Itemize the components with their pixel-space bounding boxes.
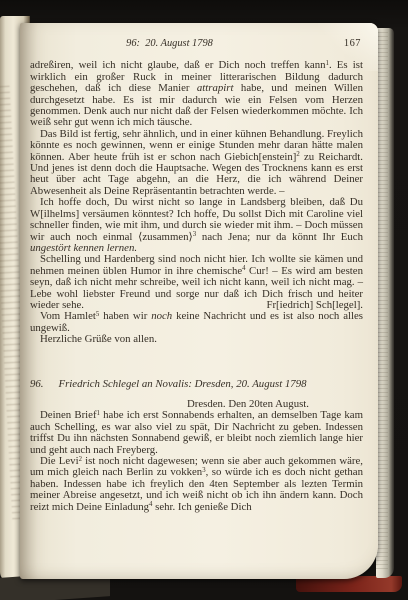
- text-block: 96: 20. August 1798 167 adreßiren, weil …: [30, 38, 363, 513]
- text-run: Vom Hamlet: [40, 310, 96, 322]
- page-number: 167: [344, 38, 361, 49]
- footnote-ref: 4: [149, 501, 152, 508]
- paragraph: Ich hoffe doch, Du wirst nicht so lange …: [30, 197, 363, 254]
- letter-text-top: adreßiren, weil ich nicht glaube, daß er…: [30, 60, 363, 345]
- paragraph: Die Levi2 ist noch nicht dagewesen; wenn…: [30, 456, 363, 513]
- footnote-ref: 1: [326, 60, 329, 67]
- text-run: Deinen Brief: [40, 409, 97, 421]
- footnote-ref: 2: [296, 151, 299, 158]
- letter-96-text: Deinen Brief1 habe ich erst Sonnabends e…: [30, 410, 363, 513]
- paragraph: Deinen Brief1 habe ich erst Sonnabends e…: [30, 410, 363, 456]
- running-header: 96: 20. August 1798 167: [30, 38, 363, 49]
- fore-edge-pages: [376, 28, 394, 578]
- text-run: sehr. Ich genieße Dich: [152, 501, 251, 513]
- letter-heading: 96.Friedrich Schlegel an Novalis: Dresde…: [30, 379, 363, 390]
- text-run: haben wir: [99, 310, 151, 322]
- text-run: adreßiren, weil ich nicht glaube, daß er…: [30, 59, 326, 71]
- text-run: noch: [151, 310, 172, 322]
- paragraph: adreßiren, weil ich nicht glaube, daß er…: [30, 60, 363, 128]
- footnote-ref: 1: [97, 410, 100, 417]
- footnote-ref: 3: [202, 467, 205, 474]
- photo-background: 96: 20. August 1798 167 adreßiren, weil …: [0, 0, 408, 600]
- text-run: nach Jena; nur da könnt Ihr Euch: [196, 231, 363, 243]
- paragraph: Herzliche Grüße von allen.: [30, 334, 363, 345]
- paragraph: Das Bild ist fertig, sehr ähnlich, und i…: [30, 129, 363, 197]
- text-run: Die Levi: [40, 455, 79, 467]
- book-page: 96: 20. August 1798 167 adreßiren, weil …: [20, 23, 378, 579]
- footnote-ref: 2: [79, 456, 82, 463]
- letter-title: Friedrich Schlegel an Novalis: Dresden, …: [59, 378, 307, 390]
- letter-number: 96.: [30, 378, 44, 390]
- text-run: Herzliche Grüße von allen.: [40, 333, 157, 345]
- footnote-ref: 5: [96, 311, 99, 318]
- footnote-ref: 4: [242, 265, 245, 272]
- footnote-ref: 3: [193, 231, 196, 238]
- running-header-title: 96: 20. August 1798: [126, 38, 213, 49]
- text-run: ungestört kennen lernen.: [30, 242, 137, 254]
- paragraph: Schelling und Hardenberg sind noch nicht…: [30, 254, 363, 311]
- paragraph: Vom Hamlet5 haben wir noch keine Nachric…: [30, 311, 363, 334]
- text-run: attrapirt: [197, 82, 234, 94]
